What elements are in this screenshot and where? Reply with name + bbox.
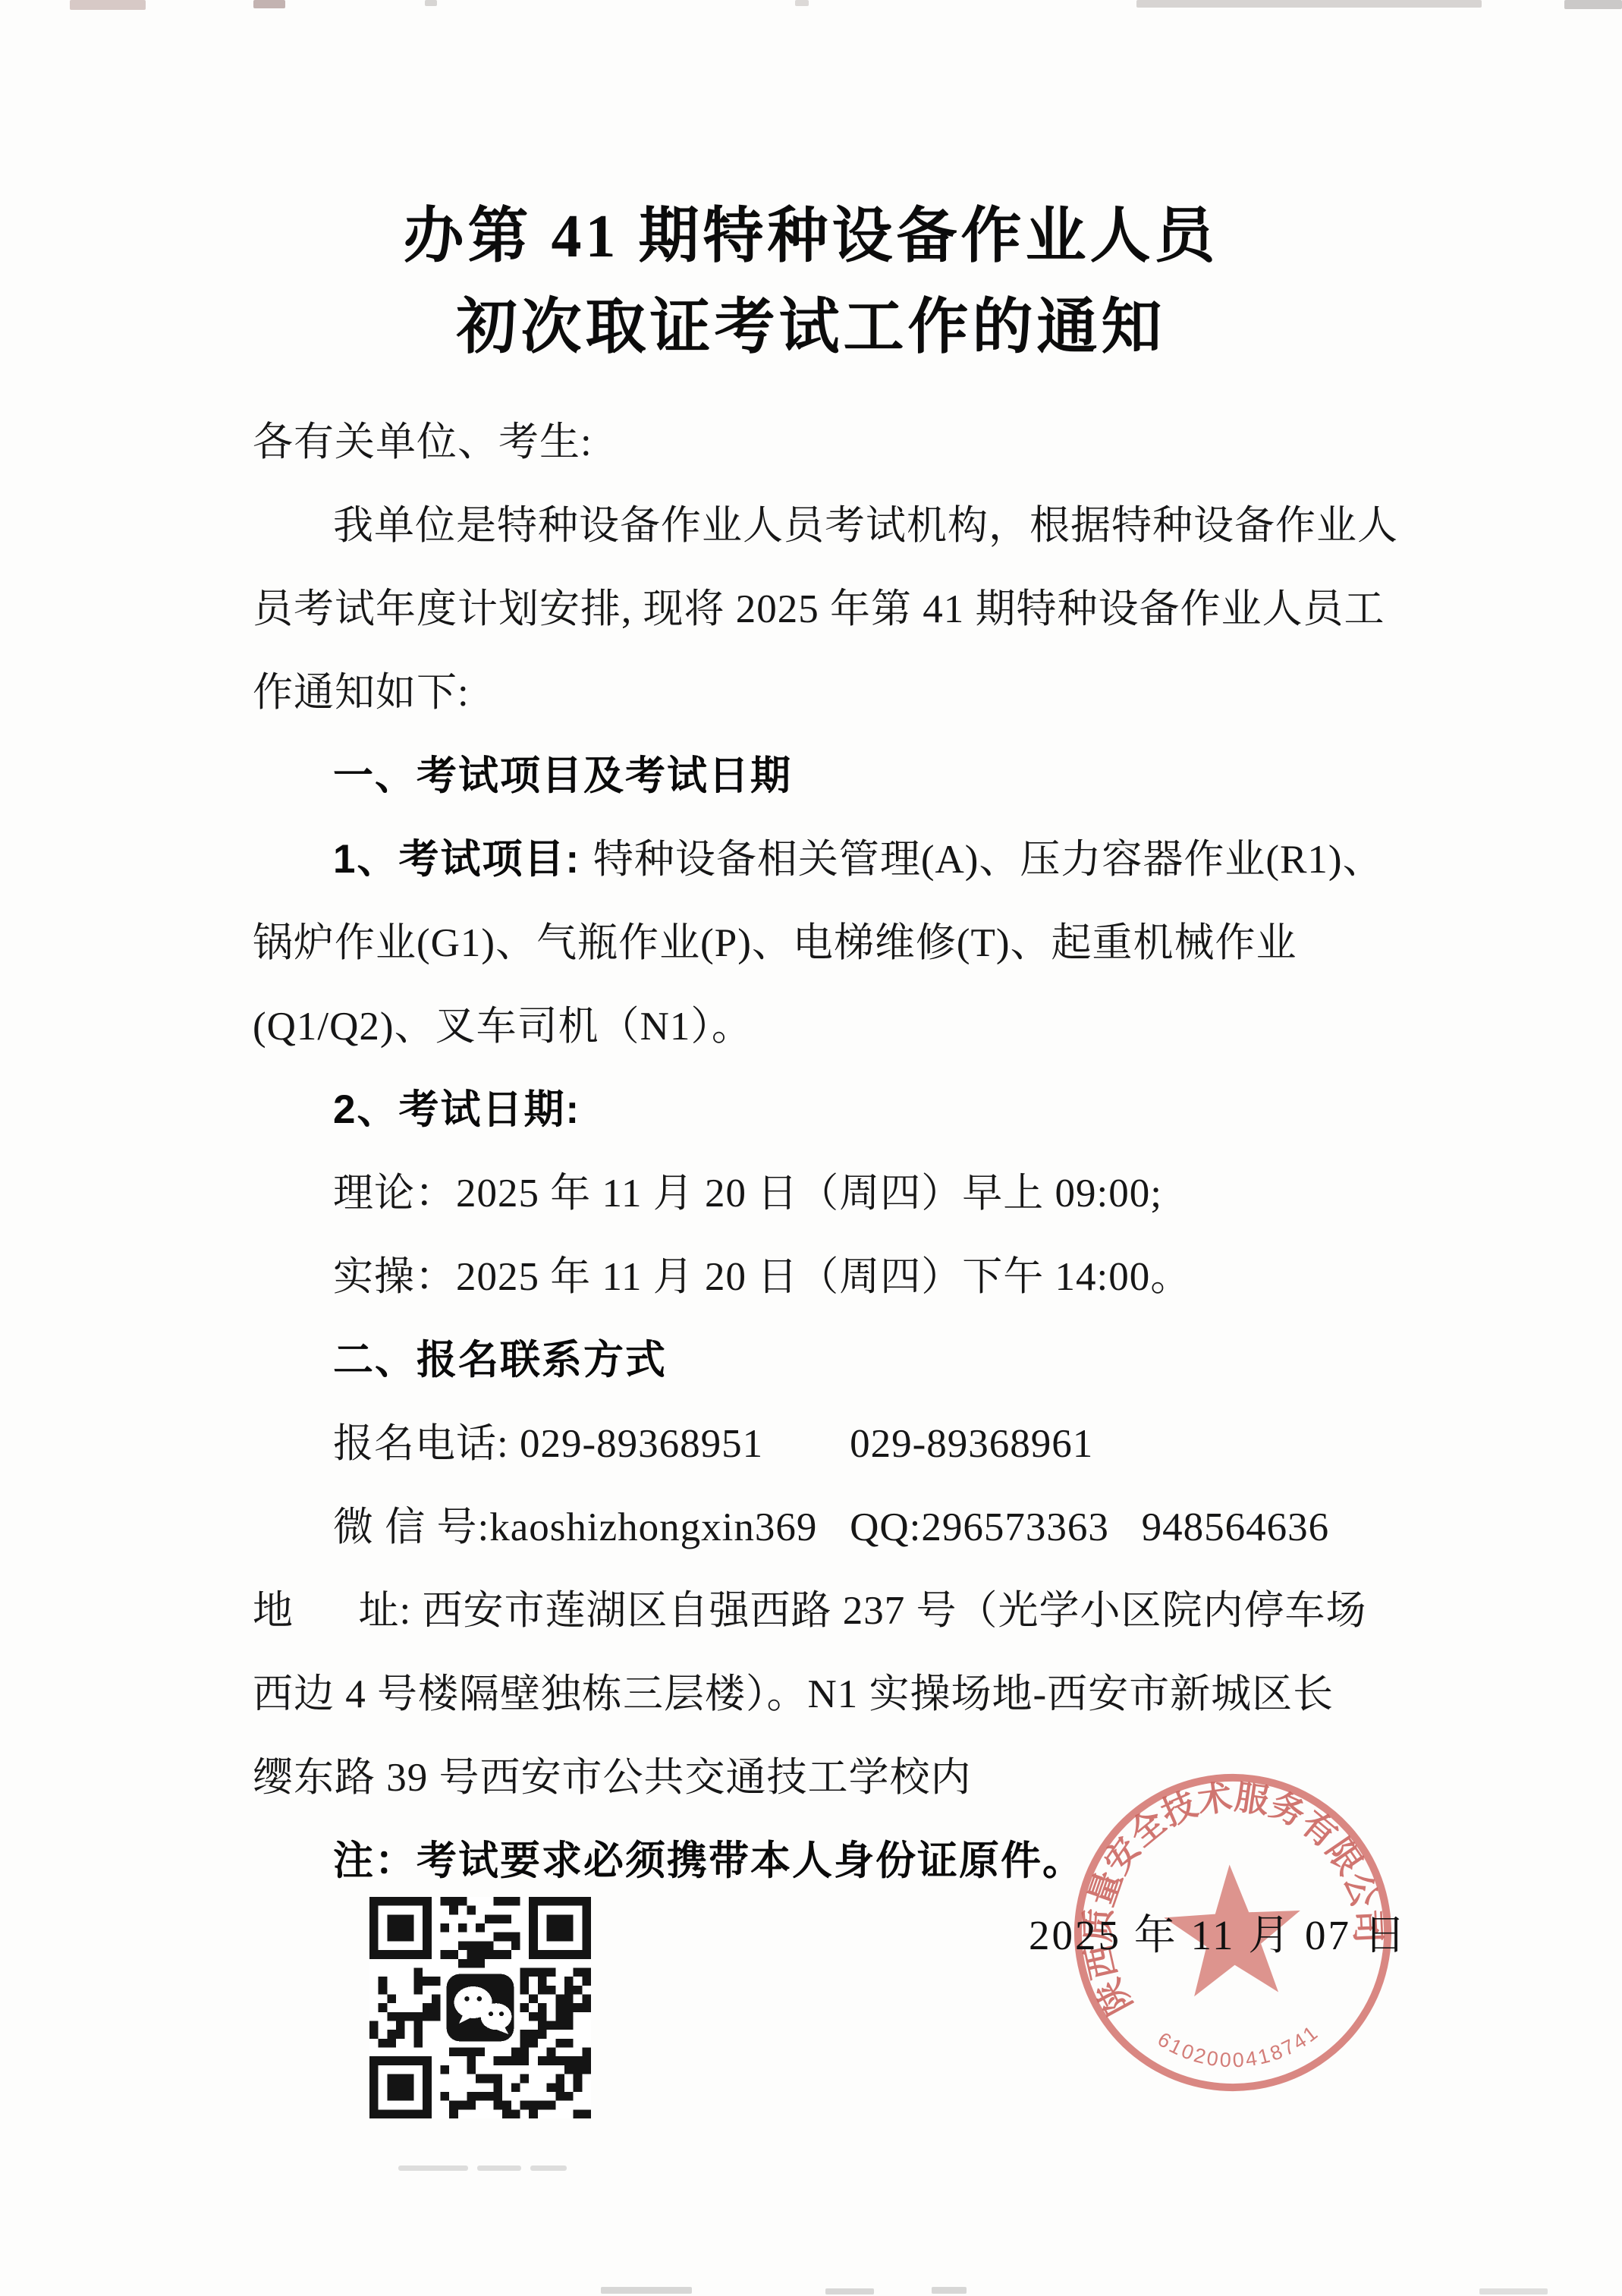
document-line: 西边 4 号楼隔壁独栋三层楼）。N1 实操场地-西安市新城区长 bbox=[253, 1653, 1413, 1736]
text-run: 西边 4 号楼隔壁独栋三层楼）。N1 实操场地-西安市新城区长 bbox=[253, 1672, 1334, 1716]
notice-title-line2: 初次取证考试工作的通知 bbox=[0, 282, 1622, 373]
text-run: 地 址: 西安市莲湖区自强西路 237 号（光学小区院内停车场 bbox=[253, 1589, 1366, 1633]
document-line: 一、考试项目及考试日期 bbox=[253, 734, 1413, 818]
text-run: 锅炉作业(G1)、气瓶作业(P)、电梯维修(T)、起重机械作业 bbox=[253, 921, 1297, 965]
document-line: 2、考试日期: bbox=[253, 1068, 1413, 1152]
document-line: 微 信 号:kaoshizhongxin369 QQ:296573363 948… bbox=[253, 1486, 1413, 1569]
text-run: 实操：2025 年 11 月 20 日（周四）下午 14:00。 bbox=[333, 1255, 1191, 1299]
qr-code-graphic bbox=[369, 1897, 591, 2118]
text-run: 1、考试项目: bbox=[333, 837, 593, 882]
document-line: 1、考试项目: 特种设备相关管理(A)、压力容器作业(R1)、 bbox=[253, 818, 1413, 901]
scan-artifact bbox=[825, 2288, 874, 2294]
document-line: 员考试年度计划安排, 现将 2025 年第 41 期特种设备作业人员工 bbox=[253, 568, 1413, 651]
scan-artifact bbox=[1564, 0, 1622, 9]
document-line: 作通知如下: bbox=[253, 651, 1413, 734]
document-line: 报名电话: 029-89368951 029-89368961 bbox=[253, 1402, 1413, 1486]
scan-artifact bbox=[601, 2287, 692, 2294]
text-run: 特种设备相关管理(A)、压力容器作业(R1)、 bbox=[593, 838, 1384, 882]
text-run: 注：考试要求必须携带本人身份证原件。 bbox=[333, 1838, 1084, 1883]
text-run: 二、报名联系方式 bbox=[333, 1338, 667, 1382]
issue-date: 2025 年 11 月 07 日 bbox=[1029, 1901, 1408, 1961]
document-line: 我单位是特种设备作业人员考试机构，根据特种设备作业人 bbox=[253, 484, 1413, 568]
notice-title: 办第 41 期特种设备作业人员 初次取证考试工作的通知 bbox=[0, 191, 1622, 373]
body-lines: 各有关单位、考生:我单位是特种设备作业人员考试机构，根据特种设备作业人员考试年度… bbox=[253, 401, 1413, 1903]
text-run: (Q1/Q2)、叉车司机（N1）。 bbox=[253, 1005, 753, 1049]
scan-artifact bbox=[1479, 2288, 1548, 2294]
wechat-icon bbox=[447, 1974, 514, 2042]
scanned-notice-page: 办第 41 期特种设备作业人员 初次取证考试工作的通知 各有关单位、考生:我单位… bbox=[0, 0, 1622, 2296]
scan-artifact bbox=[795, 0, 809, 6]
text-run: 2、考试日期: bbox=[333, 1087, 580, 1132]
document-line: 地 址: 西安市莲湖区自强西路 237 号（光学小区院内停车场 bbox=[253, 1569, 1413, 1653]
text-run: 缨东路 39 号西安市公共交通技工学校内 bbox=[253, 1756, 972, 1800]
text-run: 微 信 号:kaoshizhongxin369 QQ:296573363 948… bbox=[333, 1505, 1329, 1549]
notice-title-line1: 办第 41 期特种设备作业人员 bbox=[0, 191, 1622, 282]
text-run: 作通知如下: bbox=[253, 671, 470, 715]
scan-artifact bbox=[253, 0, 285, 8]
document-line: 各有关单位、考生: bbox=[253, 401, 1413, 484]
qr-caption-faint bbox=[398, 2165, 580, 2178]
scan-artifact bbox=[70, 0, 146, 10]
text-run: 我单位是特种设备作业人员考试机构，根据特种设备作业人 bbox=[333, 504, 1398, 548]
document-line: (Q1/Q2)、叉车司机（N1）。 bbox=[253, 985, 1413, 1068]
scan-artifact bbox=[1136, 0, 1482, 8]
text-run: 员考试年度计划安排, 现将 2025 年第 41 期特种设备作业人员工 bbox=[253, 587, 1385, 631]
scan-artifact bbox=[425, 0, 437, 6]
document-line: 理论：2025 年 11 月 20 日（周四）早上 09:00; bbox=[253, 1152, 1413, 1235]
document-line: 实操：2025 年 11 月 20 日（周四）下午 14:00。 bbox=[253, 1235, 1413, 1319]
document-line: 锅炉作业(G1)、气瓶作业(P)、电梯维修(T)、起重机械作业 bbox=[253, 901, 1413, 985]
text-run: 各有关单位、考生: bbox=[253, 420, 593, 464]
wechat-qr-code bbox=[369, 1897, 591, 2118]
text-run: 一、考试项目及考试日期 bbox=[333, 753, 792, 798]
text-run: 理论：2025 年 11 月 20 日（周四）早上 09:00; bbox=[333, 1172, 1162, 1216]
scan-artifact bbox=[932, 2287, 967, 2294]
text-run: 报名电话: 029-89368951 029-89368961 bbox=[333, 1422, 1093, 1466]
document-line: 二、报名联系方式 bbox=[253, 1319, 1413, 1402]
